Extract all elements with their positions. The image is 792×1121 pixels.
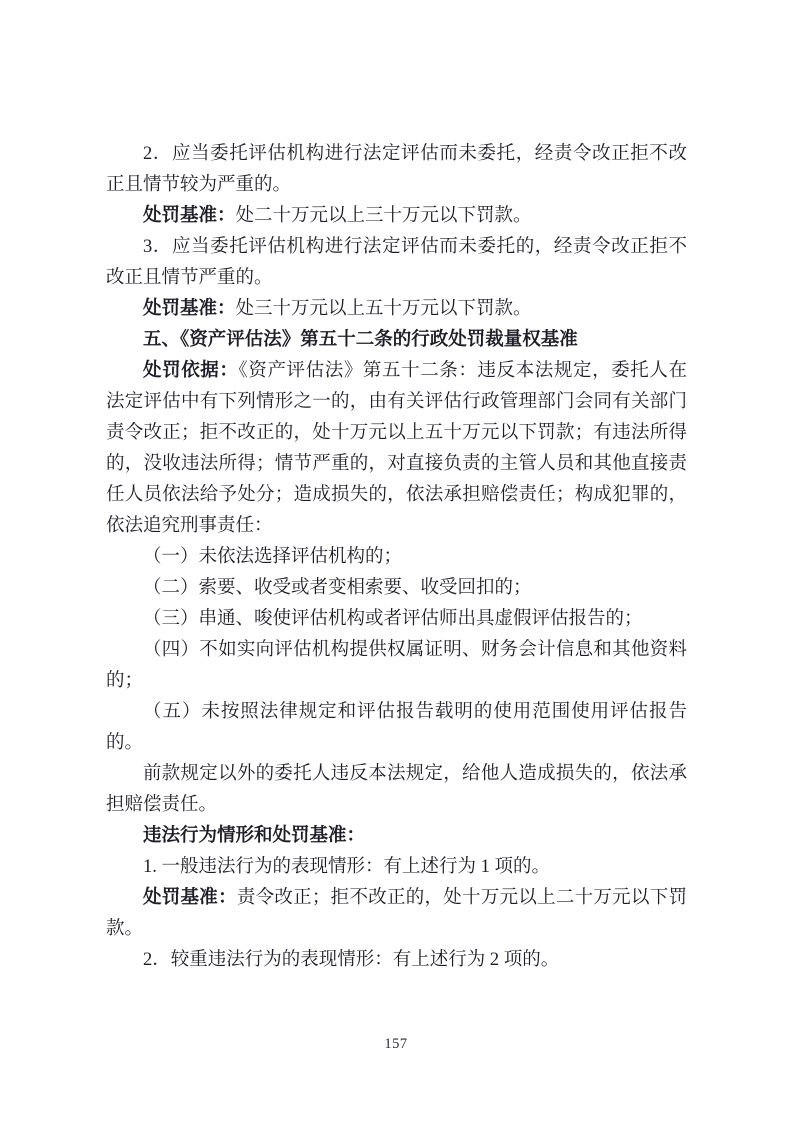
document-page: 2．应当委托评估机构进行法定评估而未委托，经责令改正拒不改正且情节较为严重的。处…	[0, 0, 792, 1121]
paragraph: （五）未按照法律规定和评估报告载明的使用范围使用评估报告的。	[106, 697, 687, 759]
paragraph: 处罚基准：处三十万元以上五十万元以下罚款。	[106, 294, 687, 325]
paragraph-text: 2．较重违法行为的表现情形：有上述行为 2 项的。	[143, 950, 559, 970]
paragraph-label: 处罚依据：	[143, 361, 239, 381]
paragraph: 处罚基准：责令改正；拒不改正的，处十万元以上二十万元以下罚款。	[106, 883, 687, 945]
paragraph-text: 处三十万元以上五十万元以下罚款。	[236, 299, 532, 319]
paragraph-text: 2．应当委托评估机构进行法定评估而未委托，经责令改正拒不改正且情节较为严重的。	[106, 144, 687, 195]
paragraph: 2．较重违法行为的表现情形：有上述行为 2 项的。	[106, 945, 687, 976]
paragraph-text: 前款规定以外的委托人违反本法规定，给他人造成损失的，依法承担赔偿责任。	[106, 764, 687, 815]
paragraph-label: 处罚基准：	[143, 299, 236, 319]
paragraph-text: （四）不如实向评估机构提供权属证明、财务会计信息和其他资料的；	[106, 640, 687, 691]
paragraph-text: （一）未依法选择评估机构的；	[143, 547, 402, 567]
paragraph-label: 处罚基准：	[143, 888, 237, 908]
paragraph: 处罚依据：《资产评估法》第五十二条：违反本法规定，委托人在法定评估中有下列情形之…	[106, 356, 687, 542]
paragraph-text: 违法行为情形和处罚基准：	[143, 826, 365, 846]
paragraph-text: （五）未按照法律规定和评估报告载明的使用范围使用评估报告的。	[106, 702, 687, 753]
paragraph: 2．应当委托评估机构进行法定评估而未委托，经责令改正拒不改正且情节较为严重的。	[106, 139, 687, 201]
paragraph-text: （二）索要、收受或者变相索要、收受回扣的；	[143, 578, 532, 598]
paragraph-text: 1. 一般违法行为的表现情形：有上述行为 1 项的。	[143, 857, 550, 877]
paragraph-text: 处二十万元以上三十万元以下罚款。	[236, 206, 532, 226]
paragraph: （三）串通、唆使评估机构或者评估师出具虚假评估报告的；	[106, 604, 687, 635]
paragraph: （四）不如实向评估机构提供权属证明、财务会计信息和其他资料的；	[106, 635, 687, 697]
paragraph: 1. 一般违法行为的表现情形：有上述行为 1 项的。	[106, 852, 687, 883]
section-heading: 违法行为情形和处罚基准：	[106, 821, 687, 852]
paragraph-label: 处罚基准：	[143, 206, 236, 226]
paragraph: （一）未依法选择评估机构的；	[106, 542, 687, 573]
paragraph: （二）索要、收受或者变相索要、收受回扣的；	[106, 573, 687, 604]
paragraph: 3．应当委托评估机构进行法定评估而未委托的，经责令改正拒不改正且情节严重的。	[106, 232, 687, 294]
section-heading: 五、《资产评估法》第五十二条的行政处罚裁量权基准	[106, 325, 687, 356]
paragraph: 处罚基准：处二十万元以上三十万元以下罚款。	[106, 201, 687, 232]
paragraph-text: （三）串通、唆使评估机构或者评估师出具虚假评估报告的；	[143, 609, 643, 629]
paragraph-text: 五、《资产评估法》第五十二条的行政处罚裁量权基准	[143, 330, 578, 350]
paragraph-text: 3．应当委托评估机构进行法定评估而未委托的，经责令改正拒不改正且情节严重的。	[106, 237, 687, 288]
page-number: 157	[0, 1036, 792, 1053]
document-content: 2．应当委托评估机构进行法定评估而未委托，经责令改正拒不改正且情节较为严重的。处…	[106, 139, 687, 976]
paragraph-text: 《资产评估法》第五十二条：违反本法规定，委托人在法定评估中有下列情形之一的，由有…	[106, 361, 687, 536]
paragraph: 前款规定以外的委托人违反本法规定，给他人造成损失的，依法承担赔偿责任。	[106, 759, 687, 821]
